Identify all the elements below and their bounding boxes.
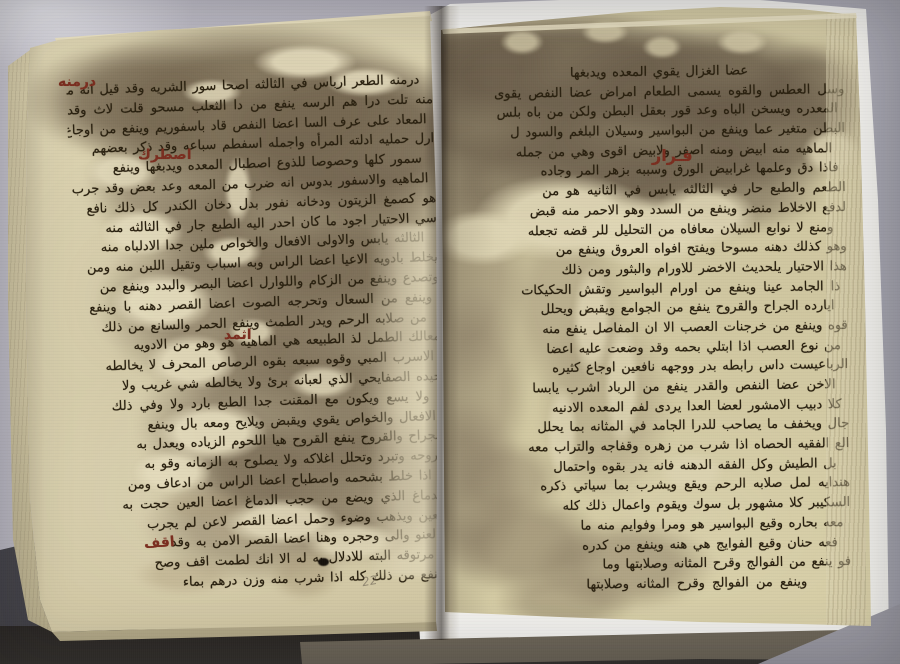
- photo-open-manuscript: درمنه الطعر ارباس في الثالثه اصحا سور ال…: [0, 0, 900, 664]
- gutter-shadow: [424, 6, 460, 640]
